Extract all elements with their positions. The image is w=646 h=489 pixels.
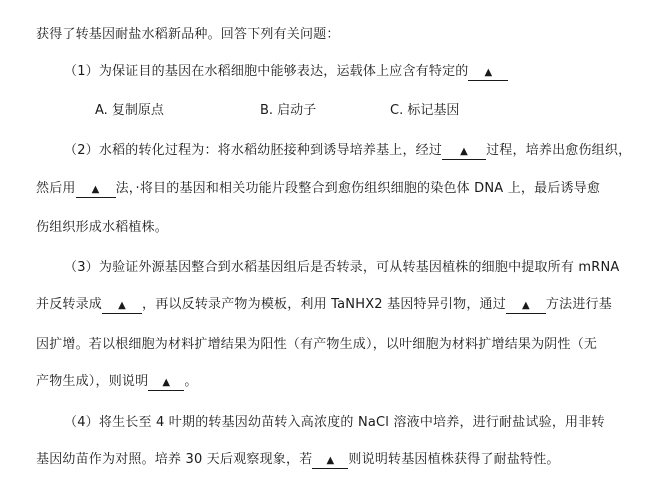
answer-blank: ▲: [102, 299, 142, 314]
text-segment: 过程，培养出愈伤组织，: [486, 143, 631, 158]
question-1: （1）为保证目的基因在水稻细胞中能够表达，运载体上应含有特定的▲: [64, 63, 508, 81]
answer-blank: ▲: [148, 376, 184, 391]
question-3-line-2: 并反转录成▲，再以反转录产物为模板，利用 TaNHX2 基因特异引物，通过▲方法…: [36, 296, 612, 314]
question-2-line-3: 伤组织形成水稻植株。: [36, 219, 168, 237]
text-segment: 基因幼苗作为对照。培养 30 天后观察现象，若: [36, 452, 312, 467]
text-segment: 方法进行基: [546, 297, 612, 312]
answer-blank: ▲: [312, 454, 348, 469]
text-segment: 法，·将目的基因和相关功能片段整合到愈伤组织细胞的染色体 DNA 上，最后诱导愈: [116, 181, 601, 196]
text-segment: （2）水稻的转化过程为：将水稻幼胚接种到诱导培养基上，经过: [64, 143, 442, 158]
answer-blank: ▲: [442, 145, 486, 160]
text-segment: 。: [184, 374, 197, 389]
option-a: A. 复制原点: [95, 102, 164, 120]
question-2-line-2: 然后用▲法，·将目的基因和相关功能片段整合到愈伤组织细胞的染色体 DNA 上，最…: [36, 180, 600, 198]
option-b: B. 启动子: [260, 102, 316, 120]
question-3-line-1: （3）为验证外源基因整合到水稻基因组后是否转录，可从转基因植株的细胞中提取所有 …: [64, 259, 620, 277]
text-segment: ，再以反转录产物为模板，利用 TaNHX2 基因特异引物，通过: [142, 297, 506, 312]
answer-blank: ▲: [76, 183, 116, 198]
question-4-line-2: 基因幼苗作为对照。培养 30 天后观察现象，若▲则说明转基因植株获得了耐盐特性。: [36, 451, 560, 469]
answer-blank: ▲: [468, 66, 508, 81]
question-1-text: （1）为保证目的基因在水稻细胞中能够表达，运载体上应含有特定的: [64, 64, 468, 79]
text-segment: 然后用: [36, 181, 76, 196]
intro-text: 获得了转基因耐盐水稻新品种。回答下列有关问题：: [36, 26, 340, 44]
option-c: C. 标记基因: [390, 102, 459, 120]
question-3-line-4: 产物生成），则说明▲。: [36, 373, 198, 391]
question-2-line-1: （2）水稻的转化过程为：将水稻幼胚接种到诱导培养基上，经过▲过程，培养出愈伤组织…: [64, 142, 631, 160]
question-3-line-3: 因扩增。若以根细胞为材料扩增结果为阳性（有产物生成），以叶细胞为材料扩增结果为阴…: [36, 336, 597, 354]
text-segment: 并反转录成: [36, 297, 102, 312]
answer-blank: ▲: [506, 299, 546, 314]
text-segment: 产物生成），则说明: [36, 374, 148, 389]
text-segment: 则说明转基因植株获得了耐盐特性。: [348, 452, 559, 467]
question-4-line-1: （4）将生长至 4 叶期的转基因幼苗转入高浓度的 NaCl 溶液中培养，进行耐盐…: [64, 414, 605, 432]
